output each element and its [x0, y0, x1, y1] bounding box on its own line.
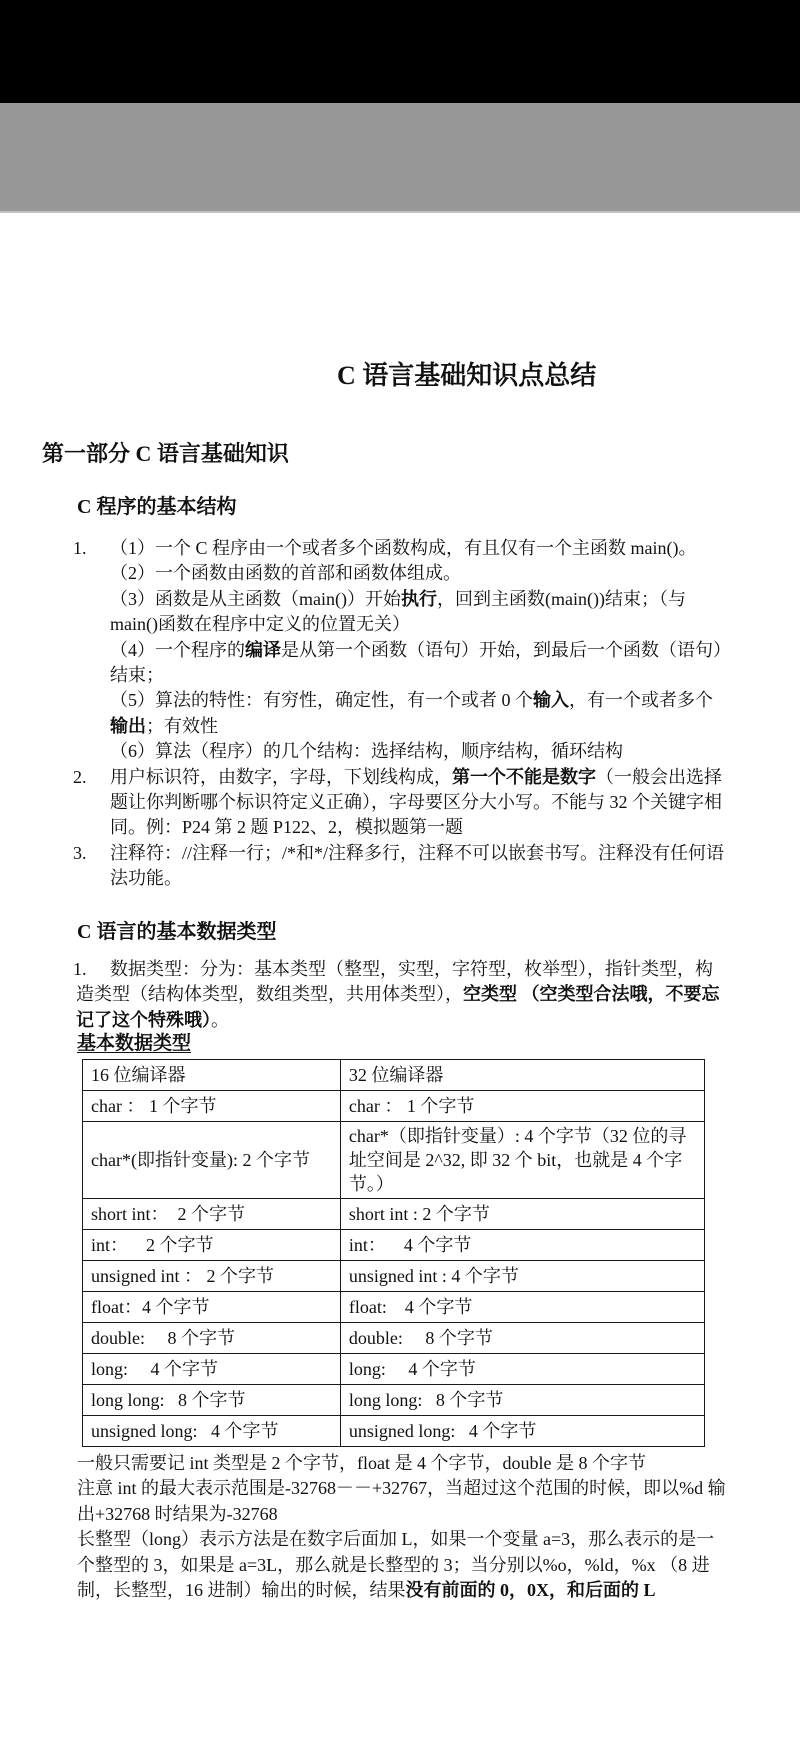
- table-cell: char*(即指针变量): 2 个字节: [83, 1121, 341, 1198]
- bold-text: 输出: [110, 716, 146, 736]
- list-paragraph: （2）一个函数由函数的首部和函数体组成。: [110, 561, 730, 586]
- list-paragraph: 数据类型：分为：基本类型（整型，实型，字符型，枚举型），指针类型，构造类型（结构…: [76, 957, 730, 1033]
- table-cell: unsigned int : 4 个字节: [340, 1260, 704, 1291]
- text: （1）一个 C 程序由一个或者多个函数构成，有且仅有一个主函数 main()。: [110, 538, 696, 558]
- table-cell: int： 2 个字节: [83, 1229, 341, 1260]
- table-row: short int： 2 个字节short int : 2 个字节: [83, 1198, 705, 1229]
- text: ；有效性: [146, 716, 218, 736]
- table-row: float：4 个字节float: 4 个字节: [83, 1291, 705, 1322]
- table-cell: char ： 1 个字节: [83, 1090, 341, 1121]
- bold-text: 第一个不能是数字: [452, 767, 596, 787]
- list-paragraph: 注释符：//注释一行；/*和*/注释多行，注释不可以嵌套书写。注释没有任何语法功…: [110, 841, 730, 892]
- bold-text: 编译: [245, 640, 281, 660]
- note-paragraph: 长整型（long）表示方法是在数字后面加 L，如果一个变量 a=3，那么表示的是…: [77, 1527, 730, 1603]
- list-item-number: 1.: [73, 957, 110, 982]
- top-black-bar: [0, 0, 800, 103]
- table-row: int： 2 个字节int： 4 个字节: [83, 1229, 705, 1260]
- page-gap-band: [0, 103, 800, 213]
- numbered-list-program-structure: 1.（1）一个 C 程序由一个或者多个函数构成，有且仅有一个主函数 main()…: [73, 536, 730, 892]
- note-paragraph: 一般只需要记 int 类型是 2 个字节，float 是 4 个字节，doubl…: [77, 1451, 730, 1476]
- bold-text: 执行: [401, 589, 437, 609]
- text: （4）一个程序的: [110, 640, 245, 660]
- table-row: long: 4 个字节long: 4 个字节: [83, 1353, 705, 1384]
- table-cell: short int : 2 个字节: [340, 1198, 704, 1229]
- table-row: char ： 1 个字节char ： 1 个字节: [83, 1090, 705, 1121]
- list-paragraph: 用户标识符，由数字，字母，下划线构成，第一个不能是数字（一般会出选择题让你判断哪…: [110, 765, 730, 841]
- table-cell: 32 位编译器: [340, 1059, 704, 1090]
- table-cell: long: 4 个字节: [340, 1353, 704, 1384]
- screen: C 语言基础知识点总结 第一部分 C 语言基础知识 C 程序的基本结构 1.（1…: [0, 0, 800, 1760]
- table-row: unsigned long: 4 个字节unsigned long: 4 个字节: [83, 1415, 705, 1446]
- bold-text: 输入: [533, 690, 569, 710]
- table-cell: float: 4 个字节: [340, 1291, 704, 1322]
- datatype-table: 16 位编译器32 位编译器char ： 1 个字节char ： 1 个字节ch…: [82, 1059, 705, 1447]
- table-cell: 16 位编译器: [83, 1059, 341, 1090]
- table-cell: unsigned int ： 2 个字节: [83, 1260, 341, 1291]
- text: 一般只需要记 int 类型是 2 个字节，float 是 4 个字节，doubl…: [77, 1453, 646, 1473]
- table-cell: double: 8 个字节: [340, 1322, 704, 1353]
- table-cell: float：4 个字节: [83, 1291, 341, 1322]
- text: ，有一个或者多个: [569, 690, 713, 710]
- bold-text: 没有前面的 0，0X，和后面的 L: [406, 1580, 656, 1600]
- text: （5）算法的特性：有穷性，确定性，有一个或者 0 个: [110, 690, 533, 710]
- numbered-list-data-types: 1.数据类型：分为：基本类型（整型，实型，字符型，枚举型），指针类型，构造类型（…: [73, 957, 730, 1033]
- section-heading-program-structure: C 程序的基本结构: [77, 493, 236, 521]
- section-heading-data-types: C 语言的基本数据类型: [77, 918, 276, 946]
- part-heading: 第一部分 C 语言基础知识: [42, 439, 289, 469]
- text: 注释符：//注释一行；/*和*/注释多行，注释不可以嵌套书写。注释没有任何语法功…: [110, 843, 724, 888]
- table-row: long long: 8 个字节long long: 8 个字节: [83, 1384, 705, 1415]
- datatype-table-label: 基本数据类型: [77, 1033, 191, 1055]
- document-title: C 语言基础知识点总结: [337, 359, 596, 393]
- list-paragraph: （4）一个程序的编译是从第一个函数（语句）开始，到最后一个函数（语句）结束；: [110, 638, 730, 689]
- table-row: double: 8 个字节double: 8 个字节: [83, 1322, 705, 1353]
- list-item-paragraphs: 注释符：//注释一行；/*和*/注释多行，注释不可以嵌套书写。注释没有任何语法功…: [110, 841, 730, 892]
- list-item: 2.用户标识符，由数字，字母，下划线构成，第一个不能是数字（一般会出选择题让你判…: [73, 765, 730, 841]
- list-item: 1.（1）一个 C 程序由一个或者多个函数构成，有且仅有一个主函数 main()…: [73, 536, 730, 765]
- list-item-paragraphs: （1）一个 C 程序由一个或者多个函数构成，有且仅有一个主函数 main()。（…: [110, 536, 730, 765]
- table-cell: double: 8 个字节: [83, 1322, 341, 1353]
- text: （6）算法（程序）的几个结构：选择结构，顺序结构，循环结构: [110, 741, 623, 761]
- list-paragraph: （3）函数是从主函数（main()）开始执行，回到主函数(main())结束；（…: [110, 587, 730, 638]
- table-cell: char ： 1 个字节: [340, 1090, 704, 1121]
- document-page: C 语言基础知识点总结 第一部分 C 语言基础知识 C 程序的基本结构 1.（1…: [0, 213, 800, 1760]
- table-cell: unsigned long: 4 个字节: [83, 1415, 341, 1446]
- table-cell: unsigned long: 4 个字节: [340, 1415, 704, 1446]
- text: （2）一个函数由函数的首部和函数体组成。: [110, 563, 461, 583]
- list-item: 1.数据类型：分为：基本类型（整型，实型，字符型，枚举型），指针类型，构造类型（…: [73, 957, 730, 1033]
- note-paragraph: 注意 int 的最大表示范围是-32768－－+32767，当超过这个范围的时候…: [77, 1476, 730, 1527]
- list-item-number: 2.: [73, 765, 110, 790]
- table-cell: short int： 2 个字节: [83, 1198, 341, 1229]
- table-cell: long long: 8 个字节: [340, 1384, 704, 1415]
- list-item-number: 1.: [73, 536, 110, 561]
- table-cell: long long: 8 个字节: [83, 1384, 341, 1415]
- list-paragraph: （1）一个 C 程序由一个或者多个函数构成，有且仅有一个主函数 main()。: [110, 536, 730, 561]
- text: （3）函数是从主函数（main()）开始: [110, 589, 401, 609]
- table-row: unsigned int ： 2 个字节unsigned int : 4 个字节: [83, 1260, 705, 1291]
- text: 用户标识符，由数字，字母，下划线构成，: [110, 767, 452, 787]
- list-item-paragraphs: 数据类型：分为：基本类型（整型，实型，字符型，枚举型），指针类型，构造类型（结构…: [76, 957, 730, 1033]
- notes-block: 一般只需要记 int 类型是 2 个字节，float 是 4 个字节，doubl…: [77, 1451, 730, 1603]
- text: 注意 int 的最大表示范围是-32768－－+32767，当超过这个范围的时候…: [77, 1478, 726, 1523]
- list-item-number: 3.: [73, 841, 110, 866]
- text: 。: [211, 1010, 229, 1030]
- list-item-paragraphs: 用户标识符，由数字，字母，下划线构成，第一个不能是数字（一般会出选择题让你判断哪…: [110, 765, 730, 841]
- table-row: char*(即指针变量): 2 个字节char*（即指针变量）: 4 个字节（3…: [83, 1121, 705, 1198]
- list-item: 3.注释符：//注释一行；/*和*/注释多行，注释不可以嵌套书写。注释没有任何语…: [73, 841, 730, 892]
- table-cell: int： 4 个字节: [340, 1229, 704, 1260]
- table-cell: char*（即指针变量）: 4 个字节（32 位的寻址空间是 2^32, 即 3…: [340, 1121, 704, 1198]
- list-paragraph: （5）算法的特性：有穷性，确定性，有一个或者 0 个输入，有一个或者多个输出；有…: [110, 688, 730, 739]
- table-cell: long: 4 个字节: [83, 1353, 341, 1384]
- list-paragraph: （6）算法（程序）的几个结构：选择结构，顺序结构，循环结构: [110, 739, 730, 764]
- table-row: 16 位编译器32 位编译器: [83, 1059, 705, 1090]
